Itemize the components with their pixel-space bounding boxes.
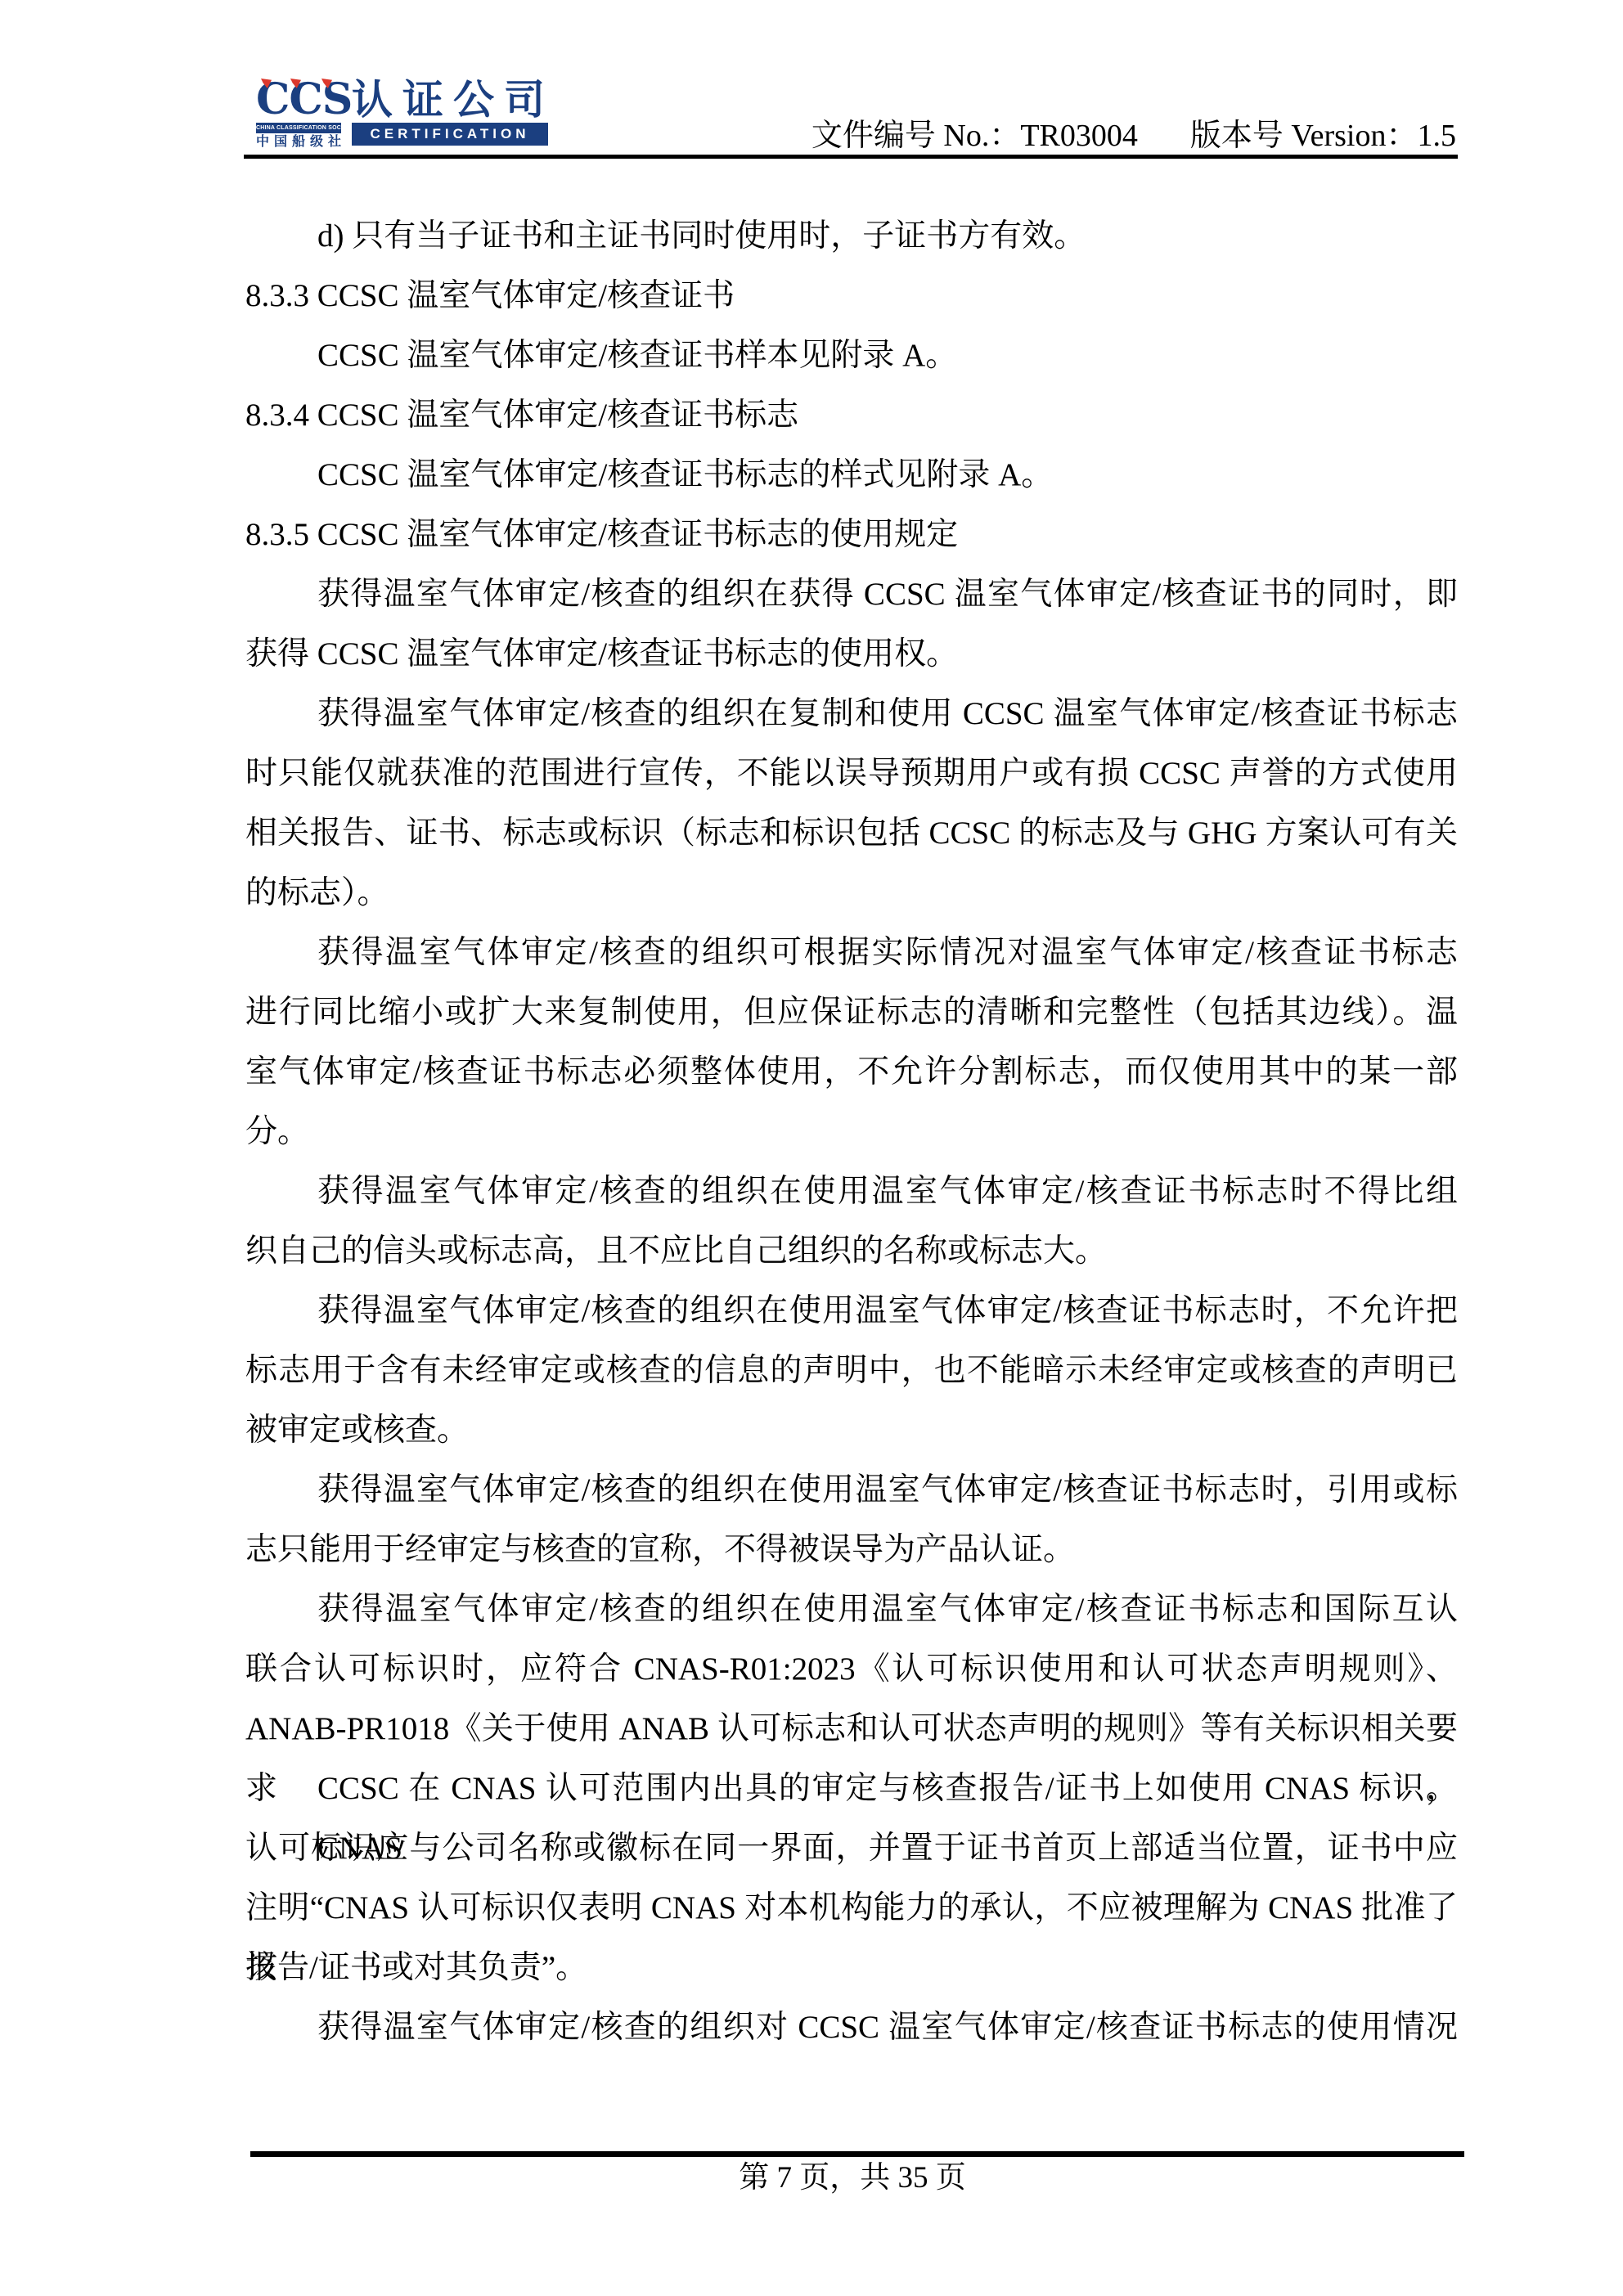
- body-line: 标志用于含有未经审定或核查的信息的声明中，也不能暗示未经审定或核查的声明已: [245, 1341, 1458, 1400]
- body-line: 认可标识应与公司名称或徽标在同一界面，并置于证书首页上部适当位置，证书中应: [245, 1818, 1458, 1878]
- company-name-cn: 认证公司: [352, 79, 555, 121]
- society-cn-char: 国: [274, 135, 287, 150]
- body-line: 进行同比缩小或扩大来复制使用，但应保证标志的清晰和完整性（包括其边线）。温: [245, 982, 1458, 1042]
- society-name-en: CHINA CLASSIFICATION SOCIETY: [256, 123, 341, 133]
- certification-banner: CERTIFICATION: [352, 123, 548, 146]
- body-line: 8.3.4 CCSC 温室气体审定/核查证书标志: [245, 385, 1458, 445]
- body-line: 8.3.5 CCSC 温室气体审定/核查证书标志的使用规定: [245, 505, 1458, 564]
- footer-rule: [250, 2151, 1464, 2157]
- body-line: 8.3.3 CCSC 温室气体审定/核查证书: [245, 266, 1458, 326]
- body-line: 获得 CCSC 温室气体审定/核查证书标志的使用权。: [245, 624, 1458, 684]
- body-line: d) 只有当子证书和主证书同时使用时，子证书方有效。: [245, 206, 1458, 266]
- body-line: 报告/证书或对其负责”。: [245, 1938, 1458, 1997]
- body-line: 获得温室气体审定/核查的组织可根据实际情况对温室气体审定/核查证书标志: [245, 923, 1458, 982]
- body-line: 时只能仅就获准的范围进行宣传，不能以误导预期用户或有损 CCSC 声誉的方式使用: [245, 744, 1458, 803]
- body-line: 注明“CNAS 认可标识仅表明 CNAS 对本机构能力的承认，不应被理解为 CN…: [245, 1878, 1458, 1938]
- page-number: 第 7 页，共 35 页: [245, 2160, 1459, 2196]
- society-cn-char: 级: [310, 135, 323, 150]
- body-line: CCSC 温室气体审定/核查证书样本见附录 A。: [245, 326, 1458, 385]
- body-line: 联合认可标识时，应符合 CNAS-R01:2023《认可标识使用和认可状态声明规…: [245, 1639, 1458, 1699]
- body-line: 获得温室气体审定/核查的组织在使用温室气体审定/核查证书标志和国际互认: [245, 1579, 1458, 1639]
- header-rule: [244, 155, 1458, 159]
- society-cn-char: 社: [328, 135, 341, 150]
- body-line: 获得温室气体审定/核查的组织在使用温室气体审定/核查证书标志时不得比组: [245, 1161, 1458, 1221]
- body-line: CCSC 温室气体审定/核查证书标志的样式见附录 A。: [245, 445, 1458, 505]
- body-line: 志只能用于经审定与核查的宣称，不得被误导为产品认证。: [245, 1520, 1458, 1579]
- ccs-logo: CCS CHINA CLASSIFICATION SOCIETY 中国船级社 认…: [256, 79, 551, 154]
- body-line: 室气体审定/核查证书标志必须整体使用，不允许分割标志，而仅使用其中的某一部: [245, 1042, 1458, 1102]
- body-line: 获得温室气体审定/核查的组织在使用温室气体审定/核查证书标志时，引用或标: [245, 1460, 1458, 1520]
- body-line: 织自己的信头或标志高，且不应比自己组织的名称或标志大。: [245, 1221, 1458, 1281]
- header-doc-info: 文件编号 No.：TR03004版本号 Version：1.5: [811, 119, 1456, 152]
- body-line: 获得温室气体审定/核查的组织在使用温室气体审定/核查证书标志时，不允许把: [245, 1281, 1458, 1341]
- doc-version: 版本号 Version：1.5: [1190, 119, 1456, 153]
- society-cn-char: 中: [256, 135, 269, 150]
- doc-number: 文件编号 No.：TR03004: [811, 119, 1138, 153]
- body-text: d) 只有当子证书和主证书同时使用时，子证书方有效。8.3.3 CCSC 温室气…: [245, 206, 1458, 2057]
- body-line: 获得温室气体审定/核查的组织在获得 CCSC 温室气体审定/核查证书的同时，即: [245, 564, 1458, 624]
- document-page: CCS CHINA CLASSIFICATION SOCIETY 中国船级社 认…: [0, 0, 1623, 2296]
- body-line: 获得温室气体审定/核查的组织在复制和使用 CCSC 温室气体审定/核查证书标志: [245, 684, 1458, 744]
- body-line: 的标志）。: [245, 863, 1458, 923]
- society-name-cn: 中国船级社: [256, 135, 341, 150]
- body-line: 分。: [245, 1102, 1458, 1161]
- body-line: CCSC 在 CNAS 认可范围内出具的审定与核查报告/证书上如使用 CNAS …: [245, 1759, 1458, 1818]
- society-cn-char: 船: [292, 135, 305, 150]
- body-line: ANAB-PR1018《关于使用 ANAB 认可标志和认可状态声明的规则》等有关…: [245, 1699, 1458, 1759]
- body-line: 相关报告、证书、标志或标识（标志和标识包括 CCSC 的标志及与 GHG 方案认…: [245, 803, 1458, 863]
- body-line: 被审定或核查。: [245, 1400, 1458, 1460]
- ccs-wordmark: CCS: [256, 80, 352, 119]
- body-line: 获得温室气体审定/核查的组织对 CCSC 温室气体审定/核查证书标志的使用情况: [245, 1997, 1458, 2057]
